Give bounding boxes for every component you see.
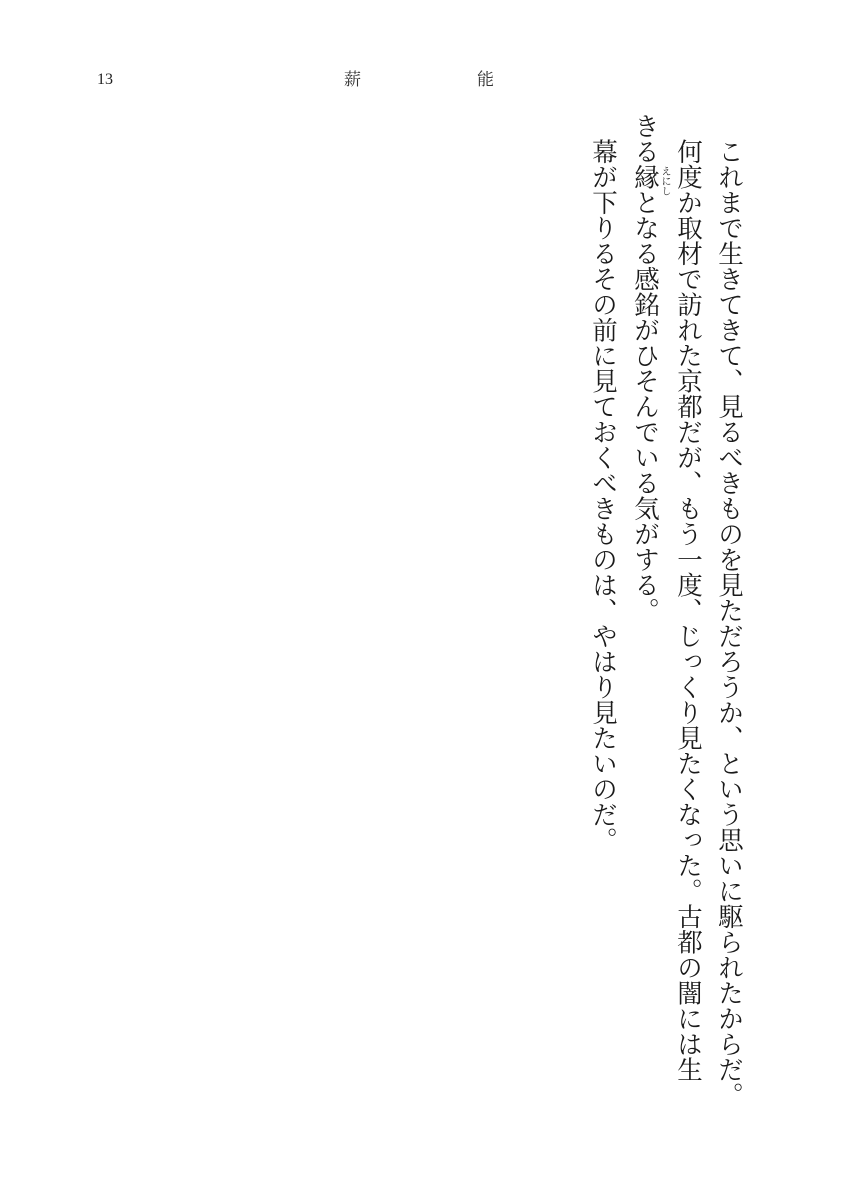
text-column-4: 幕が下りるその前に見ておくべきものは、やはり見たいのだ。 [588,113,618,853]
running-head: 13 薪 能 [0,70,841,92]
text-column-1: これまで生きてきて、見るべきものを見ただろうか、という思いに駆られたからだ。 [714,113,744,1108]
page-number: 13 [97,70,113,90]
chapter-title-char-2: 能 [477,70,494,90]
ruby-annotation: えにし [658,166,670,196]
text-column-3: きる縁となる感銘がひそんでいる気がする。 [630,113,660,623]
text-column-2: 何度か取材で訪れた京都だが、もう一度、じっくり見たくなった。古都の闇には生 [673,113,703,1082]
book-page: 13 薪 能 これまで生きてきて、見るべきものを見ただろうか、という思いに駆られ… [0,0,841,1198]
chapter-title-char-1: 薪 [344,70,361,90]
